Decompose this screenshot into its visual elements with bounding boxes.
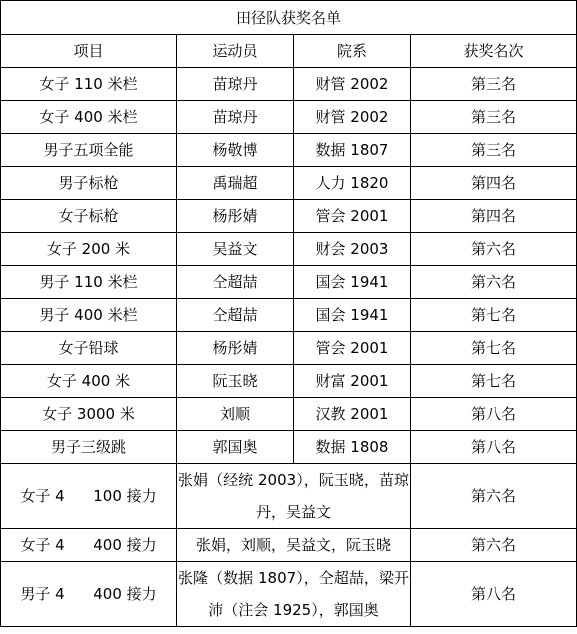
table-row: 女子标枪 杨彤婧 管会 2001 第四名	[1, 200, 577, 233]
table-row: 女子 200 米 吴益文 财会 2003 第六名	[1, 233, 577, 266]
athlete-cell: 苗琼丹	[177, 68, 294, 101]
event-cell: 女子 3000 米	[1, 398, 177, 431]
athlete-cell: 仝超喆	[177, 266, 294, 299]
relay-event-cell: 女子 4 400 接力	[1, 529, 177, 562]
relay-rank-cell: 第八名	[411, 562, 577, 627]
table-row: 女子 400 米栏 苗琼丹 财管 2002 第三名	[1, 101, 577, 134]
relay-event-cell: 男子 4 400 接力	[1, 562, 177, 627]
athlete-cell: 杨敬博	[177, 134, 294, 167]
relay-rank-cell: 第六名	[411, 529, 577, 562]
header-athlete: 运动员	[177, 35, 294, 68]
relay-row: 男子 4 400 接力 张隆（数据 1807），仝超喆，梁开沛（注会 1925）…	[1, 562, 577, 627]
event-cell: 男子 400 米栏	[1, 299, 177, 332]
dept-cell: 管会 2001	[294, 200, 411, 233]
athlete-cell: 阮玉晓	[177, 365, 294, 398]
award-table: 田径队获奖名单 项目 运动员 院系 获奖名次 女子 110 米栏 苗琼丹 财管 …	[0, 0, 577, 627]
event-cell: 女子 400 米栏	[1, 101, 177, 134]
rank-cell: 第六名	[411, 233, 577, 266]
header-row: 项目 运动员 院系 获奖名次	[1, 35, 577, 68]
relay-athletes-cell: 张娟，刘顺，吴益文，阮玉晓	[177, 529, 411, 562]
rank-cell: 第七名	[411, 365, 577, 398]
dept-cell: 人力 1820	[294, 167, 411, 200]
relay-athletes-cell: 张娟（经统 2003），阮玉晓，苗琼丹，吴益文	[177, 464, 411, 529]
relay-event-cell: 女子 4 100 接力	[1, 464, 177, 529]
athlete-cell: 郭国奥	[177, 431, 294, 464]
rank-cell: 第四名	[411, 167, 577, 200]
rank-cell: 第三名	[411, 101, 577, 134]
table-row: 女子 400 米 阮玉晓 财富 2001 第七名	[1, 365, 577, 398]
table-row: 男子标枪 禹瑞超 人力 1820 第四名	[1, 167, 577, 200]
athlete-cell: 杨彤婧	[177, 332, 294, 365]
rank-cell: 第三名	[411, 134, 577, 167]
rank-cell: 第六名	[411, 266, 577, 299]
table-row: 男子 400 米栏 仝超喆 国会 1941 第七名	[1, 299, 577, 332]
dept-cell: 数据 1807	[294, 134, 411, 167]
event-cell: 女子 200 米	[1, 233, 177, 266]
rank-cell: 第七名	[411, 299, 577, 332]
rank-cell: 第四名	[411, 200, 577, 233]
table-title: 田径队获奖名单	[1, 1, 577, 35]
header-event: 项目	[1, 35, 177, 68]
title-row: 田径队获奖名单	[1, 1, 577, 35]
athlete-cell: 仝超喆	[177, 299, 294, 332]
dept-cell: 汉教 2001	[294, 398, 411, 431]
athlete-cell: 苗琼丹	[177, 101, 294, 134]
rank-cell: 第八名	[411, 398, 577, 431]
dept-cell: 财富 2001	[294, 365, 411, 398]
table-row: 女子 3000 米 刘顺 汉教 2001 第八名	[1, 398, 577, 431]
table-row: 男子五项全能 杨敬博 数据 1807 第三名	[1, 134, 577, 167]
dept-cell: 财管 2002	[294, 68, 411, 101]
athlete-cell: 吴益文	[177, 233, 294, 266]
table-row: 男子三级跳 郭国奥 数据 1808 第八名	[1, 431, 577, 464]
event-cell: 男子三级跳	[1, 431, 177, 464]
relay-rank-cell: 第六名	[411, 464, 577, 529]
dept-cell: 财会 2003	[294, 233, 411, 266]
athlete-cell: 禹瑞超	[177, 167, 294, 200]
event-cell: 女子铅球	[1, 332, 177, 365]
event-cell: 女子 110 米栏	[1, 68, 177, 101]
relay-row: 女子 4 100 接力 张娟（经统 2003），阮玉晓，苗琼丹，吴益文 第六名	[1, 464, 577, 529]
header-dept: 院系	[294, 35, 411, 68]
rank-cell: 第三名	[411, 68, 577, 101]
dept-cell: 数据 1808	[294, 431, 411, 464]
rank-cell: 第八名	[411, 431, 577, 464]
event-cell: 男子 110 米栏	[1, 266, 177, 299]
athlete-cell: 刘顺	[177, 398, 294, 431]
header-rank: 获奖名次	[411, 35, 577, 68]
event-cell: 女子 400 米	[1, 365, 177, 398]
table-row: 女子铅球 杨彤婧 管会 2001 第七名	[1, 332, 577, 365]
table-row: 男子 110 米栏 仝超喆 国会 1941 第六名	[1, 266, 577, 299]
table-row: 女子 110 米栏 苗琼丹 财管 2002 第三名	[1, 68, 577, 101]
event-cell: 女子标枪	[1, 200, 177, 233]
dept-cell: 国会 1941	[294, 266, 411, 299]
rank-cell: 第七名	[411, 332, 577, 365]
dept-cell: 管会 2001	[294, 332, 411, 365]
event-cell: 男子五项全能	[1, 134, 177, 167]
relay-row: 女子 4 400 接力 张娟，刘顺，吴益文，阮玉晓 第六名	[1, 529, 577, 562]
event-cell: 男子标枪	[1, 167, 177, 200]
athlete-cell: 杨彤婧	[177, 200, 294, 233]
relay-athletes-cell: 张隆（数据 1807），仝超喆，梁开沛（注会 1925），郭国奥	[177, 562, 411, 627]
dept-cell: 财管 2002	[294, 101, 411, 134]
dept-cell: 国会 1941	[294, 299, 411, 332]
